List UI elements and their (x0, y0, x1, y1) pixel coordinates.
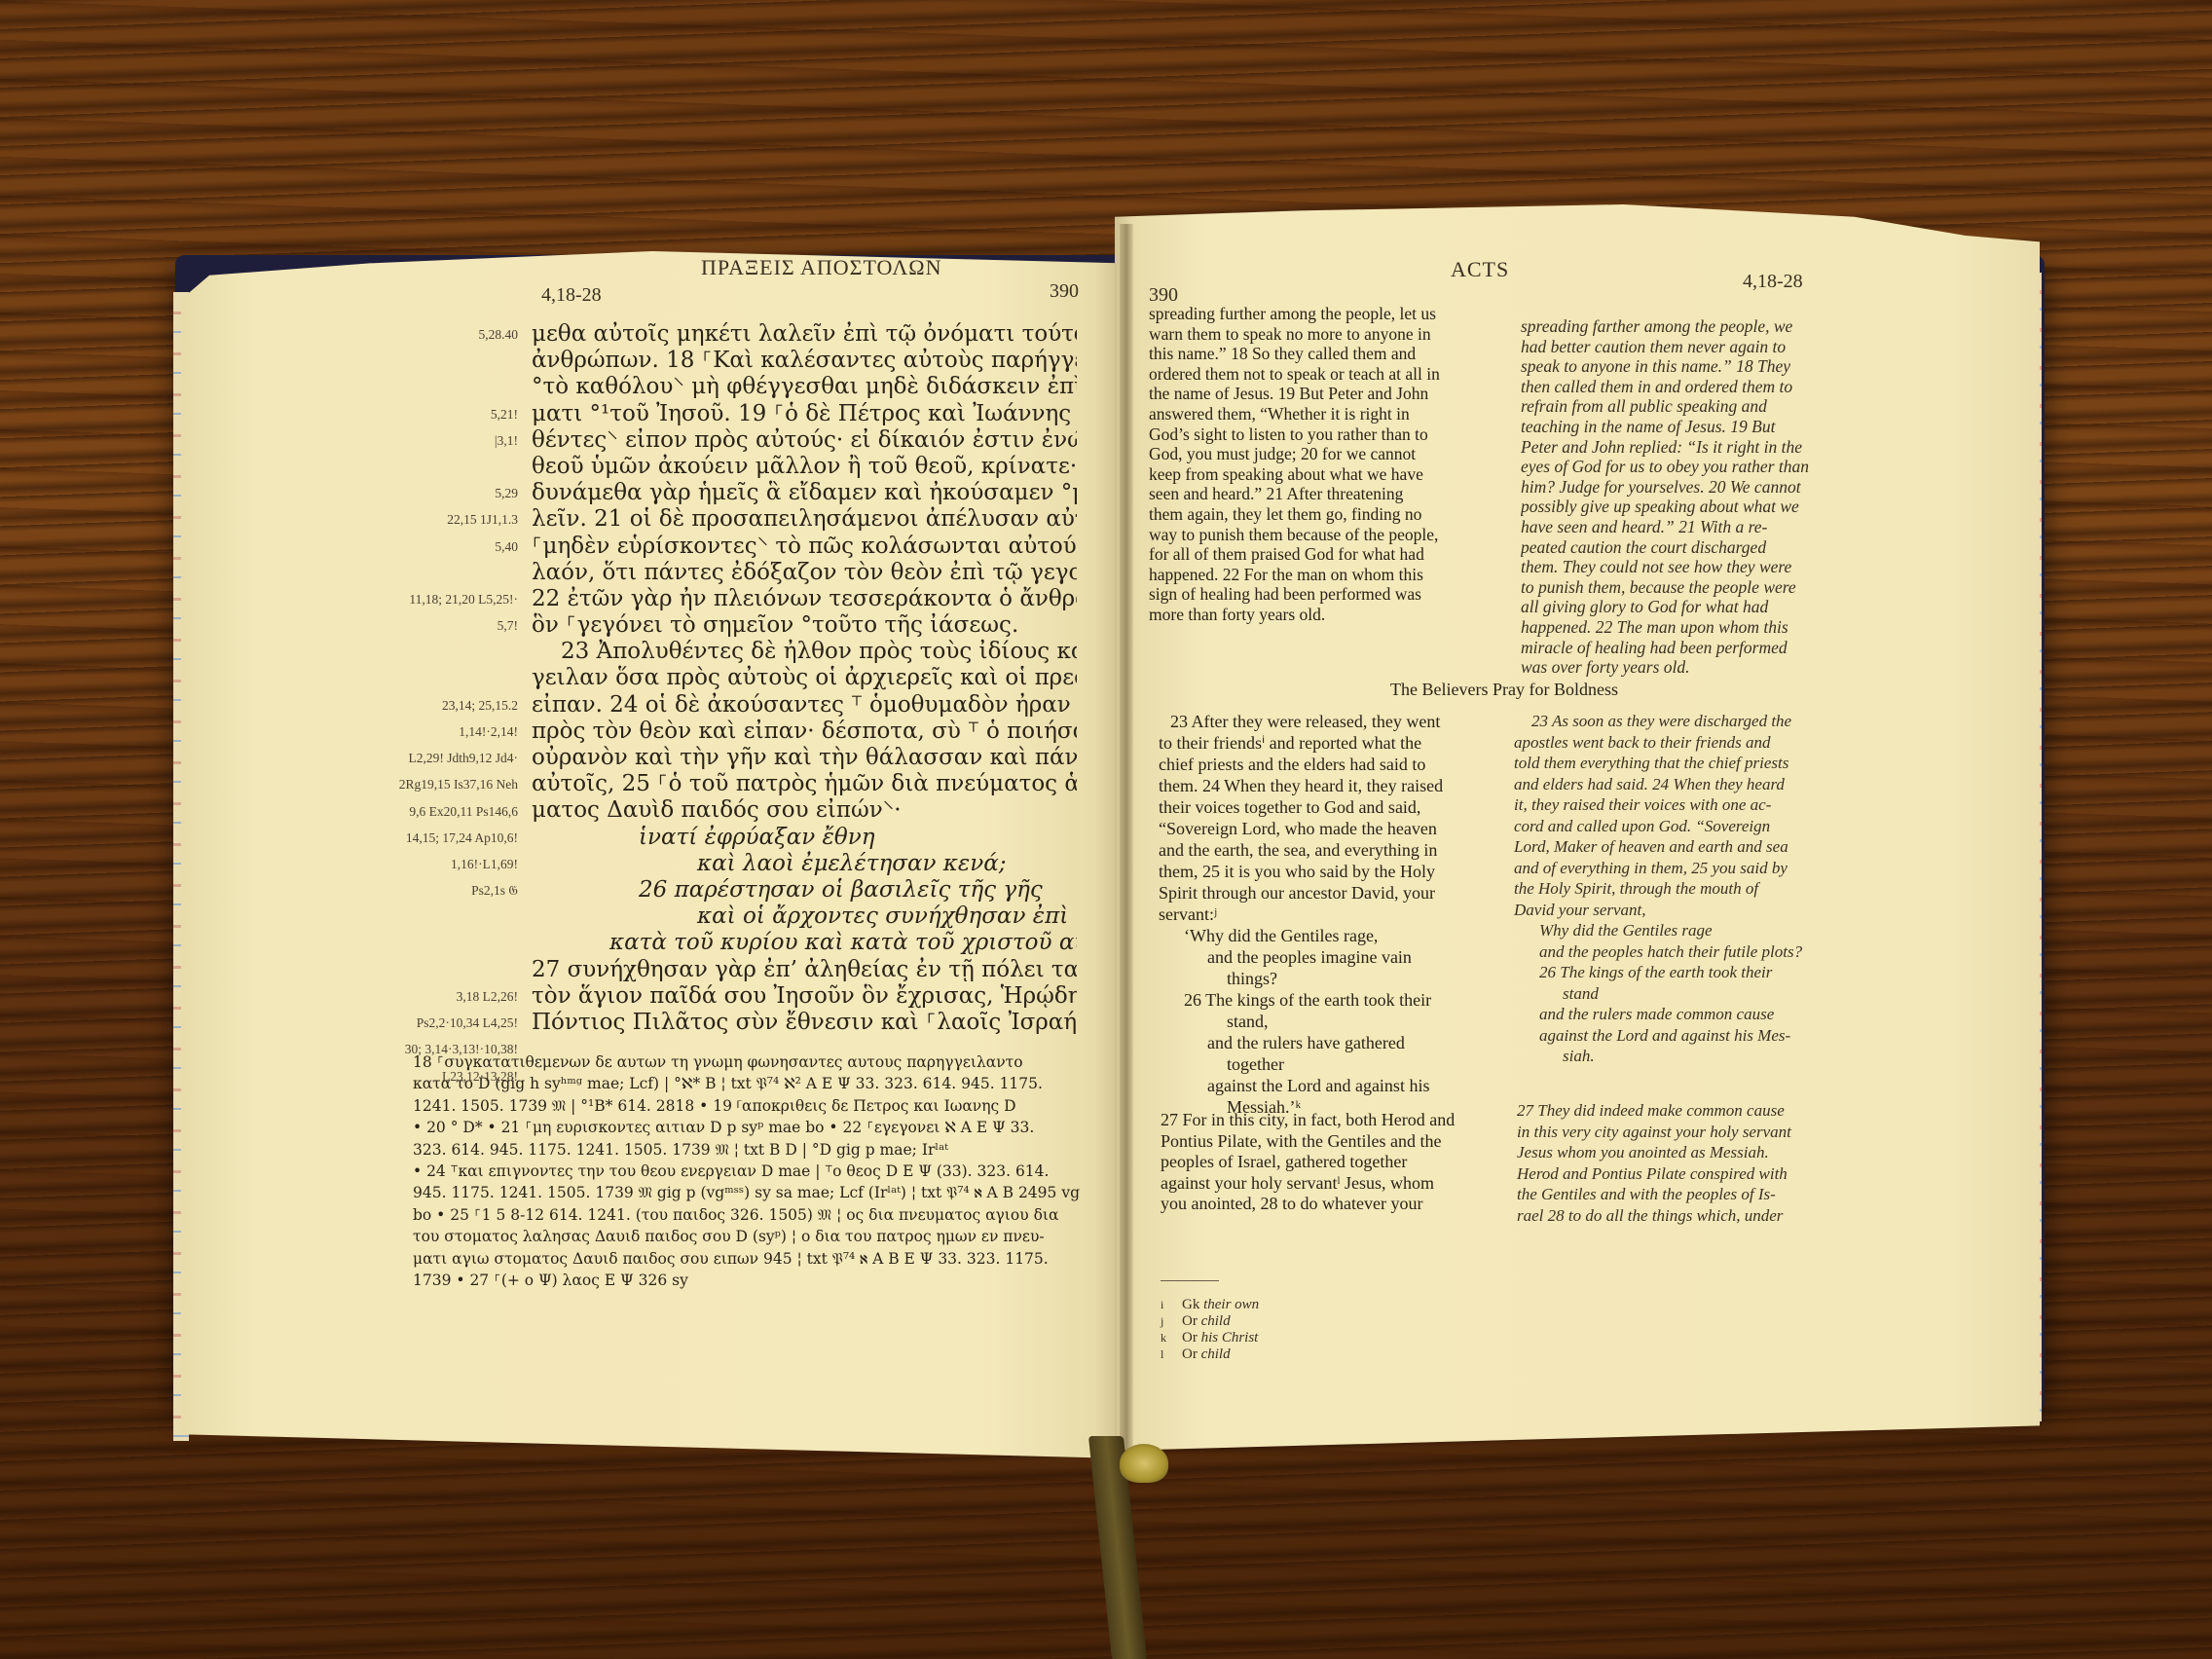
nrsv-column-bottom: 27 For in this city, in fact, both Herod… (1161, 1110, 1501, 1215)
nrsv-line: answered them, “Whether it is right in (1149, 404, 1494, 424)
cross-reference: 5,28.40 (479, 327, 519, 343)
nrsv-line: more than forty years old. (1149, 605, 1494, 625)
translation-line: happened. 22 The man upon whom this (1521, 617, 1857, 638)
nrsv-line: this name.” 18 So they called them and (1149, 344, 1494, 364)
footnote-prefix: Or (1182, 1330, 1201, 1346)
greek-text-line: αὐτοῖς, 25 ⸀ὁ τοῦ πατρὸς ἡμῶν διὰ πνεύμα… (532, 771, 1077, 797)
translation-line: 23 As soon as they were discharged the (1514, 711, 1855, 732)
nrsv-column-middle: 23 After they were released, they wentto… (1159, 711, 1499, 1118)
cross-reference: 5,7! (498, 618, 518, 634)
greek-text-line: τὸν ἅγιον παῖδά σου Ἰησοῦν ὃν ἔχρισας, Ἡ… (532, 983, 1077, 1010)
right-chapter-range: 4,18-28 (1743, 271, 1803, 293)
ribbon-bookmark-end[interactable] (1120, 1444, 1168, 1483)
translation-line: and the peoples hatch their futile plots… (1514, 941, 1855, 963)
critical-apparatus: 18 ⸀συγκατατιθεμενων δε αυτων τη γνωμη φ… (413, 1051, 1085, 1291)
right-running-head: ACTS (1451, 257, 1509, 282)
apparatus-line: κατα το D (gig h syʰᵐᵍ mae; Lcf) | °ℵ* B… (413, 1073, 1085, 1094)
translation-line: rael 28 to do all the things which, unde… (1517, 1205, 1858, 1227)
apparatus-line: 18 ⸀συγκατατιθεμενων δε αυτων τη γνωμη φ… (413, 1051, 1085, 1073)
greek-text-line: εἶπαν. 24 οἱ δὲ ἀκούσαντες ⸆ ὁμοθυμαδὸν … (532, 692, 1077, 719)
translation-line: and the rulers made common cause (1514, 1004, 1855, 1025)
greek-text-line: °τὸ καθόλου⸌ μὴ φθέγγεσθαι μηδὲ διδάσκει… (532, 374, 1077, 400)
translation-line: stand (1514, 983, 1855, 1005)
translation-line: Lord, Maker of heaven and earth and sea (1514, 836, 1855, 858)
nrsv-line: their voices together to God and said, (1159, 796, 1499, 818)
translation-line: all giving glory to God for what had (1521, 597, 1857, 617)
translation-line: miracle of healing had been performed (1521, 638, 1857, 658)
apparatus-line: 323. 614. 945. 1175. 1241. 1505. 1739 𝔐 … (413, 1139, 1085, 1161)
greek-text-line: ⸀μηδὲν εὑρίσκοντες⸌ τὸ πῶς κολάσωνται αὐ… (532, 534, 1077, 560)
cross-reference: 11,18; 21,20 L5,25!· (409, 592, 518, 608)
greek-text-line: Πόντιος Πιλᾶτος σὺν ἔθνεσιν καὶ ⸀λαοῖς Ἰ… (532, 1010, 1077, 1036)
cross-reference: 2Rg19,15 Is37,16 Neh (399, 777, 518, 793)
translation-line: possibly give up speaking about what we (1521, 497, 1857, 517)
greek-text-line: λεῖν. 21 οἱ δὲ προσαπειλησάμενοι ἀπέλυσα… (532, 506, 1077, 533)
translation-line: against the Lord and against his Mes- (1514, 1025, 1855, 1047)
translation-line: have seen and heard.” 21 With a re- (1521, 517, 1857, 537)
footnote: iGk their own (1161, 1297, 1259, 1313)
translation-line: speak to anyone in this name.” 18 They (1521, 356, 1857, 377)
nrsv-line: you anointed, 28 to do whatever your (1161, 1194, 1501, 1215)
greek-text-line: γειλαν ὅσα πρὸς αὐτοὺς οἱ ἀρχιερεῖς καὶ … (532, 665, 1077, 691)
greek-text-line: λαόν, ὅτι πάντες ἐδόξαζον τὸν θεὸν ἐπὶ τ… (532, 560, 1077, 586)
cross-reference: 5,29 (495, 486, 518, 501)
nrsv-line: and the peoples imagine vain (1159, 946, 1499, 968)
nrsv-line: 27 For in this city, in fact, both Herod… (1161, 1110, 1501, 1131)
translation-line: and of everything in them, 25 you said b… (1514, 858, 1855, 879)
translation-line: told them everything that the chief prie… (1514, 753, 1855, 774)
apparatus-line: bo • 25 ⸀1 5 8-12 614. 1241. (του παιδος… (413, 1204, 1085, 1226)
greek-text-line: δυνάμεθα γὰρ ἡμεῖς ἃ εἴδαμεν καὶ ἠκούσαμ… (532, 480, 1077, 506)
greek-text-line: μεθα αὐτοῖς μηκέτι λαλεῖν ἐπὶ τῷ ὀνόματι… (532, 321, 1077, 348)
nrsv-line: for all of them praised God for what had (1149, 544, 1494, 565)
greek-text-line: καὶ οἱ ἄρχοντες συνήχθησαν ἐπὶ τὸ αὐτὸ (532, 903, 1077, 930)
cross-reference: 22,15 1J1,1.3 (447, 512, 518, 528)
nrsv-line: “Sovereign Lord, who made the heaven (1159, 818, 1499, 839)
footnote-rule (1161, 1280, 1219, 1281)
greek-text-line: 22 ἐτῶν γὰρ ἦν πλειόνων τεσσεράκοντα ὁ ἄ… (532, 586, 1077, 612)
translation-line: him? Judge for yourselves. 20 We cannot (1521, 477, 1857, 498)
cross-reference: Ps2,2·10,34 L4,25! (417, 1015, 518, 1031)
nrsv-column-top: spreading further among the people, let … (1149, 304, 1494, 625)
greek-text-line: οὐρανὸν καὶ τὴν γῆν καὶ τὴν θάλασσαν καὶ… (532, 745, 1077, 771)
footnote-marker: l (1161, 1346, 1182, 1363)
cross-reference: 23,14; 25,15.2 (442, 698, 518, 714)
footnote-marker: k (1161, 1330, 1182, 1346)
greek-text-line: πρὸς τὸν θεὸν καὶ εἶπαν· δέσποτα, σὺ ⸆ ὁ… (532, 719, 1077, 745)
nrsv-line: 23 After they were released, they went (1159, 711, 1499, 732)
cross-reference: 1,14!·2,14! (459, 724, 518, 740)
nrsv-line: God’s sight to listen to you rather than… (1149, 424, 1494, 445)
footnote-marker: j (1161, 1313, 1182, 1330)
greek-text-line: ὃν ⸀γεγόνει τὸ σημεῖον °τοῦτο τῆς ἰάσεως… (532, 612, 1077, 639)
greek-text-line: θεοῦ ὑμῶν ἀκούειν μᾶλλον ἢ τοῦ θεοῦ, κρί… (532, 454, 1077, 480)
nrsv-line: chief priests and the elders had said to (1159, 754, 1499, 775)
footnote-prefix: Gk (1182, 1297, 1203, 1312)
nrsv-line: and the earth, the sea, and everything i… (1159, 839, 1499, 861)
greek-text-line: 23 Ἀπολυθέντες δὲ ἦλθον πρὸς τοὺς ἰδίους… (532, 639, 1077, 665)
apparatus-line: ματι αγιω στοματος Δαυιδ παιδος σου ειπω… (413, 1248, 1085, 1270)
nrsv-line: peoples of Israel, gathered together (1161, 1152, 1501, 1173)
footnote-text: child (1201, 1346, 1231, 1362)
translation-line: cord and called upon God. “Sovereign (1514, 816, 1855, 837)
translation-line: had better caution them never again to (1521, 337, 1857, 357)
translation-line: siah. (1514, 1046, 1855, 1067)
cross-reference: |3,1! (495, 433, 518, 449)
apparatus-line: 945. 1175. 1241. 1505. 1739 𝔐 gig p (vgᵐ… (413, 1182, 1085, 1203)
footnote-text: their own (1203, 1297, 1259, 1312)
nrsv-line: them, 25 it is you who said by the Holy (1159, 861, 1499, 882)
greek-text: μεθα αὐτοῖς μηκέτι λαλεῖν ἐπὶ τῷ ὀνόματι… (532, 321, 1077, 1036)
nrsv-line: and the rulers have gathered (1159, 1032, 1499, 1053)
cross-reference: 9,6 Ex20,11 Ps146,6 (409, 804, 518, 820)
footnote: kOr his Christ (1161, 1330, 1259, 1346)
left-running-head: ΠΡΑΞΕΙΣ ΑΠΟΣΤΟΛΩΝ (701, 255, 942, 280)
greek-text-line: ματι °¹τοῦ Ἰησοῦ. 19 ⸀ὁ δὲ Πέτρος καὶ Ἰω… (532, 401, 1077, 427)
translation-line: eyes of God for us to obey you rather th… (1521, 457, 1857, 477)
footnote-prefix: Or (1182, 1346, 1201, 1362)
translation-line: to punish them, because the people were (1521, 577, 1857, 598)
translation-line: 26 The kings of the earth took their (1514, 962, 1855, 983)
nrsv-line: way to punish them because of the people… (1149, 525, 1494, 545)
nrsv-line: sign of healing had been performed was (1149, 584, 1494, 605)
cross-reference: 3,18 L2,26! (457, 989, 518, 1005)
second-translation-column-top: spreading farther among the people, weha… (1521, 316, 1857, 678)
greek-text-line: κατὰ τοῦ κυρίου καὶ κατὰ τοῦ χριστοῦ αὐτ… (532, 930, 1077, 956)
nrsv-line: stand, (1159, 1011, 1499, 1032)
nrsv-line: them. 24 When they heard it, they raised (1159, 775, 1499, 796)
translation-line: David your servant, (1514, 900, 1855, 921)
nrsv-line: to their friendsⁱ and reported what the (1159, 732, 1499, 754)
footnotes: iGk their ownjOr childkOr his ChristlOr … (1161, 1297, 1259, 1363)
translation-line: then called them in and ordered them to (1521, 377, 1857, 397)
greek-text-line: καὶ λαοὶ ἐμελέτησαν κενά; (532, 851, 1077, 877)
nrsv-line: things? (1159, 968, 1499, 989)
cross-reference: 1,16!·L1,69! (451, 857, 518, 872)
second-translation-column-middle: 23 As soon as they were discharged theap… (1514, 711, 1855, 1067)
translation-line: teaching in the name of Jesus. 19 But (1521, 417, 1857, 437)
greek-text-line: 27 συνήχθησαν γὰρ ἐπ’ ἀληθείας ἐν τῇ πόλ… (532, 957, 1077, 983)
footnote: lOr child (1161, 1346, 1259, 1363)
translation-line: 27 They did indeed make common cause (1517, 1100, 1858, 1122)
translation-line: Peter and John replied: “Is it right in … (1521, 437, 1857, 458)
translation-line: spreading farther among the people, we (1521, 316, 1857, 337)
nrsv-line: Spirit through our ancestor David, your (1159, 882, 1499, 903)
footnote-marker: i (1161, 1297, 1182, 1313)
translation-line: the Gentiles and with the peoples of Is- (1517, 1184, 1858, 1205)
cross-reference: Ps2,1s 𝔊 (471, 883, 518, 899)
nrsv-line: Pontius Pilate, with the Gentiles and th… (1161, 1131, 1501, 1153)
translation-line: Herod and Pontius Pilate conspired with (1517, 1163, 1858, 1185)
translation-line: the Holy Spirit, through the mouth of (1514, 878, 1855, 900)
nrsv-line: the name of Jesus. 19 But Peter and John (1149, 384, 1494, 404)
cross-reference: 5,21! (491, 407, 518, 423)
nrsv-line: together (1159, 1053, 1499, 1075)
nrsv-line: against the Lord and against his (1159, 1075, 1499, 1096)
nrsv-line: against your holy servantˡ Jesus, whom (1161, 1173, 1501, 1195)
translation-line: peated caution the court discharged (1521, 537, 1857, 558)
nrsv-line: God, you must judge; 20 for we cannot (1149, 444, 1494, 464)
translation-line: apostles went back to their friends and (1514, 732, 1855, 754)
greek-text-line: 26 παρέστησαν οἱ βασιλεῖς τῆς γῆς (532, 877, 1077, 903)
left-page-number: 390 (1050, 280, 1079, 303)
nrsv-line: them again, they let them go, finding no (1149, 504, 1494, 525)
greek-text-line: ματος Δαυὶδ παιδός σου εἰπών⸌· (532, 797, 1077, 824)
translation-line: and elders had said. 24 When they heard (1514, 774, 1855, 795)
nrsv-line: ‘Why did the Gentiles rage, (1159, 925, 1499, 946)
footnote-text: child (1201, 1313, 1231, 1329)
section-heading: The Believers Pray for Boldness (1149, 680, 1860, 700)
nrsv-line: 26 The kings of the earth took their (1159, 989, 1499, 1011)
cross-reference: 5,40 (495, 539, 518, 555)
cross-reference: L2,29! Jdth9,12 Jd4· (409, 751, 519, 766)
nrsv-line: happened. 22 For the man on whom this (1149, 565, 1494, 585)
greek-text-line: θέντες⸌ εἶπον πρὸς αὐτούς· εἰ δίκαιόν ἐσ… (532, 427, 1077, 454)
nrsv-line: warn them to speak no more to anyone in (1149, 324, 1494, 345)
apparatus-line: του στοματος λαλησας Δαυιδ παιδος σου D … (413, 1226, 1085, 1247)
translation-line: Jesus whom you anointed as Messiah. (1517, 1142, 1858, 1163)
left-chapter-range: 4,18-28 (541, 284, 602, 307)
translation-line: Why did the Gentiles rage (1514, 920, 1855, 941)
translation-line: refrain from all public speaking and (1521, 396, 1857, 417)
nrsv-line: keep from speaking about what we have (1149, 464, 1494, 485)
translation-line: them. They could not see how they were (1521, 557, 1857, 577)
apparatus-line: • 24 ⸆και επιγνοντες την του θεου ενεργε… (413, 1161, 1085, 1182)
translation-line: in this very city against your holy serv… (1517, 1122, 1858, 1143)
cross-reference: 14,15; 17,24 Ap10,6! (406, 830, 518, 846)
nrsv-line: seen and heard.” 21 After threatening (1149, 484, 1494, 504)
apparatus-line: 1241. 1505. 1739 𝔐 | °¹B* 614. 2818 • 19… (413, 1095, 1085, 1117)
book-gutter (1120, 224, 1133, 1460)
greek-text-line: ἀνθρώπων. 18 ⸀Καὶ καλέσαντες αὐτοὺς παρή… (532, 348, 1077, 374)
footnote-prefix: Or (1182, 1313, 1201, 1329)
apparatus-line: • 20 ° D* • 21 ⸀μη ευρισκοντες αιτιαν D … (413, 1117, 1085, 1138)
nrsv-line: servant:ʲ (1159, 903, 1499, 925)
second-translation-column-bottom: 27 They did indeed make common causein t… (1517, 1100, 1858, 1227)
nrsv-line: ordered them not to speak or teach at al… (1149, 364, 1494, 385)
translation-line: it, they raised their voices with one ac… (1514, 794, 1855, 816)
greek-text-line: ἱνατί ἐφρύαξαν ἔθνη (532, 825, 1077, 851)
footnote: jOr child (1161, 1313, 1259, 1330)
apparatus-line: 1739 • 27 ⸀(+ ο Ψ) λαος E Ψ 326 sy (413, 1270, 1085, 1291)
translation-line: was over forty years old. (1521, 657, 1857, 678)
nrsv-line: spreading further among the people, let … (1149, 304, 1494, 324)
footnote-text: his Christ (1201, 1330, 1259, 1346)
